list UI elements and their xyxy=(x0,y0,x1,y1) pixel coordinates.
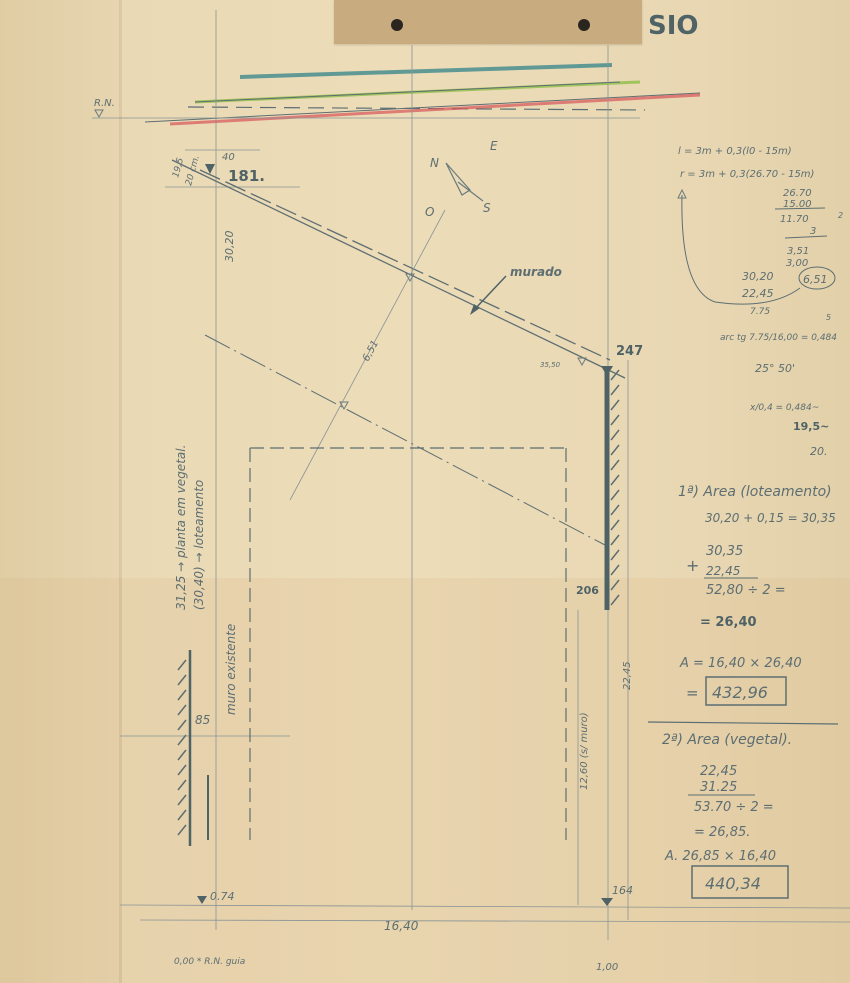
area-2-average: = 26,85. xyxy=(694,825,750,840)
area-1-formula: A = 16,40 × 26,40 xyxy=(679,656,802,671)
left-vertical-dim: 30,20 xyxy=(223,231,236,263)
angle: 25° 50' xyxy=(755,362,795,375)
ratio-result: 19,5~ xyxy=(793,420,829,433)
right-dim: 22,45 xyxy=(622,661,633,690)
right-wall xyxy=(601,366,619,610)
area-2-sum: 53.70 ÷ 2 = xyxy=(694,800,774,815)
compass-north: N xyxy=(430,156,439,170)
profile-lines xyxy=(145,65,700,124)
note-muro-existente: muro existente xyxy=(224,624,238,715)
rounded: 20. xyxy=(810,445,828,458)
arctg-extra: 5 xyxy=(826,313,831,322)
man-height-label: 35,50 xyxy=(540,361,561,369)
area-1-add-b: 22,45 xyxy=(706,564,740,578)
drawing-sheet: SIO R.N. xyxy=(0,0,850,983)
right-top-level: 247 xyxy=(616,344,643,359)
top-offset-label: 40 xyxy=(222,152,235,163)
wall-level: 85 xyxy=(195,713,210,727)
formula-2: r = 3m + 0,3(26.70 - 15m) xyxy=(680,169,814,180)
side-mark: 2 xyxy=(838,211,843,220)
area-2-heading: 2ª) Area (vegetal). xyxy=(662,732,792,748)
bottom-right-level: 164 xyxy=(612,884,633,897)
level-triangle-icon xyxy=(197,896,207,904)
ratio: x/0,4 = 0,484~ xyxy=(749,403,819,413)
area-2-add-a: 22,45 xyxy=(700,764,737,779)
area-1-line-1: 30,20 + 0,15 = 30,35 xyxy=(705,511,836,525)
compass-rose: N E S O xyxy=(425,139,498,219)
bottom-datum: 1,00 xyxy=(596,962,618,973)
inner-dim: 12,60 (s/ muro) xyxy=(579,712,590,790)
bottom-width-dim: 16,40 xyxy=(384,919,419,933)
level-triangle-icon xyxy=(601,898,613,906)
diff-b: 22,45 xyxy=(742,287,774,300)
area-1-add-a: 30,35 xyxy=(706,544,743,559)
left-dim-label: 19,5 xyxy=(171,157,186,179)
area-1-average: = 26,40 xyxy=(700,615,757,630)
north-arrow-icon xyxy=(446,163,470,195)
equals-icon: = xyxy=(686,684,699,702)
top-level-label: 181. xyxy=(228,167,265,185)
area-1-heading: 1ª) Area (loteamento) xyxy=(678,484,832,500)
add-result: 6,51 xyxy=(803,273,828,286)
area-1-sum: 52,80 ÷ 2 = xyxy=(706,583,786,598)
arctg-formula: arc tg 7.75/16,00 = 0,484 xyxy=(720,333,837,343)
rn-label: R.N. xyxy=(94,98,115,109)
diagonal-dim: 6,51 xyxy=(361,339,381,364)
diff-result: 7.75 xyxy=(750,307,770,317)
right-mid-level: 206 xyxy=(576,584,599,597)
level-triangle-icon xyxy=(95,110,103,117)
area-1-result: 432,96 xyxy=(712,683,768,702)
left-dim-cm-label: 20 cm. xyxy=(184,154,202,186)
compass-west: O xyxy=(425,205,434,219)
diff-a: 30,20 xyxy=(742,270,774,283)
formula-1: l = 3m + 0,3(l0 - 15m) xyxy=(678,146,792,157)
title-fragment: SIO xyxy=(648,11,699,41)
murado-label: murado xyxy=(510,265,562,279)
note-planta-vegetal: 31,25 → planta em vegetal. xyxy=(174,445,188,610)
plus-icon: + xyxy=(686,556,699,575)
building-footprint xyxy=(250,448,566,840)
diagonal-boundaries xyxy=(172,160,625,545)
area-1-calculation: 1ª) Area (loteamento) 30,20 + 0,15 = 30,… xyxy=(678,484,836,705)
rn-guia-label: 0,00 * R.N. guia xyxy=(174,957,245,967)
calculation-notes: l = 3m + 0,3(l0 - 15m) r = 3m + 0,3(26.7… xyxy=(678,146,843,458)
add-value: 3,00 xyxy=(786,258,808,269)
area-2-calculation: 2ª) Area (vegetal). 22,45 31.25 53.70 ÷ … xyxy=(662,732,792,898)
mult: 3 xyxy=(810,226,816,237)
bottom-left-level: 0.74 xyxy=(210,890,235,903)
mult-result: 3,51 xyxy=(787,246,809,257)
sub-1: 26.70 xyxy=(783,188,812,199)
compass-south: S xyxy=(483,201,491,215)
note-loteamento: (30,40) → loteamento xyxy=(192,480,206,610)
area-2-result: 440,34 xyxy=(705,874,761,893)
area-2-add-b: 31.25 xyxy=(700,780,737,795)
left-wall xyxy=(178,650,208,846)
compass-east: E xyxy=(490,139,498,153)
area-2-formula: A. 26,85 × 16,40 xyxy=(664,849,776,864)
site-plan-drawing: SIO R.N. xyxy=(0,0,850,983)
sub-result: 11.70 xyxy=(780,214,809,225)
